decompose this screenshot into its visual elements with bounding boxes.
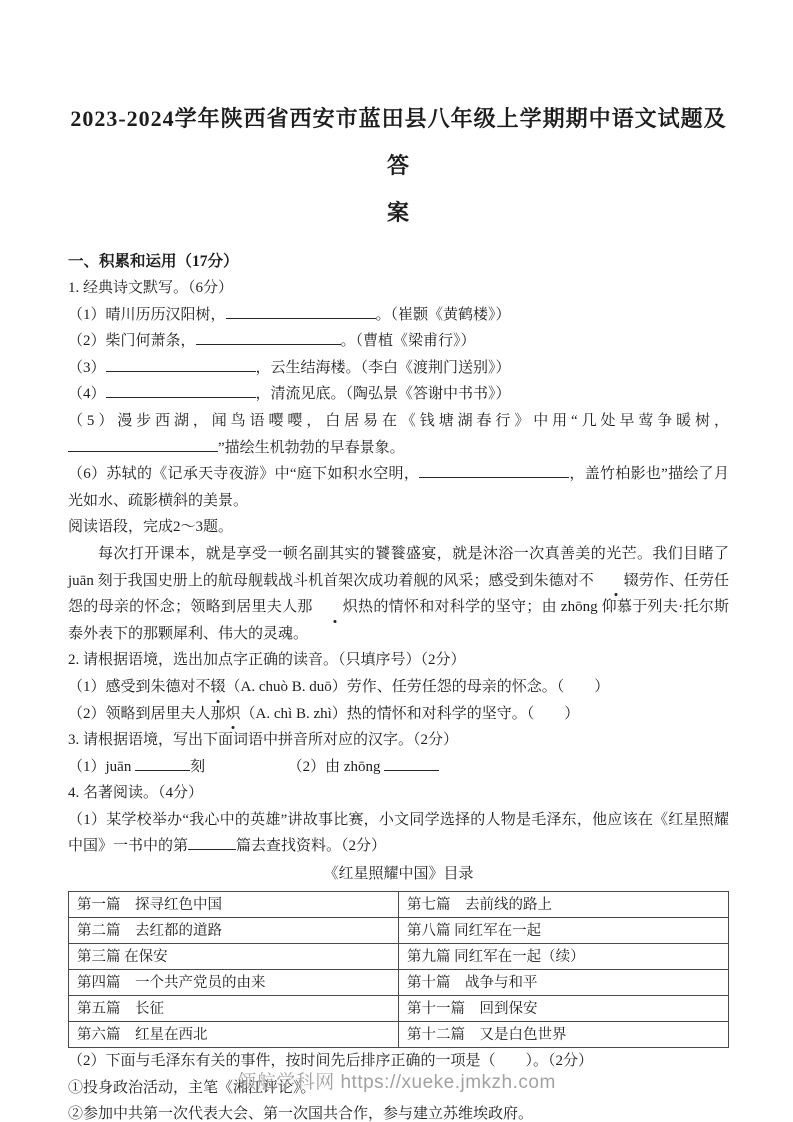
q4-item-1: （1）某学校举办“我心中的英雄”讲故事比赛，小文同学选择的人物是毛泽东，他应该在…: [68, 807, 729, 860]
footer: 领航学科网 https://xueke.jmkzh.com: [0, 1067, 793, 1094]
q1-item-1: （1）晴川历历汉阳树，。（崔颢《黄鹤楼》）: [68, 302, 729, 329]
q3-blanks: （1）juān 刻 （2）由 zhōng: [68, 754, 729, 781]
text-segment: 2. 请根据语境，选出加点字正确的读音。（只填序号）（2分）: [68, 652, 466, 668]
answer-blank: [68, 437, 218, 452]
emphasis-dotted-char: 辍: [594, 568, 639, 595]
toc-cell: 第九篇 同红军在一起（续）: [399, 944, 729, 970]
toc-cell: 第二篇 去红都的道路: [69, 918, 399, 944]
toc-cell: 第一篇 探寻红色中国: [69, 892, 399, 918]
emphasis-dotted-char: 辍: [211, 674, 226, 701]
text-segment: 4. 名著阅读。（4分）: [68, 785, 203, 801]
toc-cell: 第十一篇 回到保安: [399, 996, 729, 1022]
toc-table: 第一篇 探寻红色中国第七篇 去前线的路上第二篇 去红都的道路第八篇 同红军在一起…: [68, 891, 729, 1048]
answer-blank: [135, 756, 190, 771]
text-segment: 篇去查找资料。（2分）: [236, 838, 386, 854]
answer-blank: [106, 357, 256, 372]
toc-row: 第六篇 红星在西北第十二篇 又是白色世界: [69, 1022, 729, 1048]
answer-blank: [106, 383, 256, 398]
q1-item-5: （5）漫步西湖，闻鸟语嘤嘤，白居易在《钱塘湖春行》中用“几处早莺争暖树，”描绘生…: [68, 408, 729, 461]
emphasis-dotted-char: 炽: [226, 701, 241, 728]
text-segment: 1. 经典诗文默写。（6分）: [68, 280, 233, 296]
page-inner: 2023-2024学年陕西省西安市蓝田县八年级上学期期中语文试题及答 案 一、积…: [0, 0, 793, 1122]
text-segment: （2）柴门何萧条，: [68, 333, 196, 349]
toc-row: 第三篇 在保安第九篇 同红军在一起（续）: [69, 944, 729, 970]
q1-stem: 1. 经典诗文默写。（6分）: [68, 275, 729, 302]
page-title: 2023-2024学年陕西省西安市蓝田县八年级上学期期中语文试题及答 案: [68, 95, 729, 236]
text-segment: （1）晴川历历汉阳树，: [68, 307, 226, 323]
q3-stem: 3. 请根据语境，写出下面词语中拼音所对应的汉字。（2分）: [68, 727, 729, 754]
answer-blank: [226, 304, 376, 319]
text-segment: （6）苏轼的《记承天寺夜游》中“庭下如积水空明，: [68, 466, 419, 482]
document-content: 一、积累和运用（17分）1. 经典诗文默写。（6分）（1）晴川历历汉阳树，。（崔…: [68, 248, 729, 1122]
answer-blank: [419, 463, 569, 478]
q1-item-2: （2）柴门何萧条，。（曹植《梁甫行》）: [68, 328, 729, 355]
text-segment: 。（崔颢《黄鹤楼》）: [376, 307, 511, 323]
text-segment: 阅读语段，完成2～3题。: [68, 519, 233, 535]
text-segment: 。（曹植《梁甫行》）: [341, 333, 476, 349]
toc-cell: 第十二篇 又是白色世界: [399, 1022, 729, 1048]
text-segment: ②参加中共第一次代表大会、第一次国共合作，参与建立苏维埃政府。: [68, 1106, 533, 1122]
toc-cell: 第四篇 一个共产党员的由来: [69, 970, 399, 996]
text-segment: （5）漫步西湖，闻鸟语嘤嘤，白居易在《钱塘湖春行》中用“几处早莺争暖树，: [68, 413, 729, 429]
answer-blank: [188, 835, 236, 850]
toc-row: 第一篇 探寻红色中国第七篇 去前线的路上: [69, 892, 729, 918]
footer-watermark-text: 领航学科网 https://xueke.jmkzh.com: [237, 1072, 556, 1093]
exam-page: 2023-2024学年陕西省西安市蓝田县八年级上学期期中语文试题及答 案 一、积…: [0, 0, 793, 1122]
q1-item-4: （4），清流见底。（陶弘景《答谢中书书》）: [68, 381, 729, 408]
text-segment: （1）感受到朱德对不: [68, 679, 211, 695]
q1-item-6: （6）苏轼的《记承天寺夜游》中“庭下如积水空明，，盖竹柏影也”描绘了月光如水、疏…: [68, 461, 729, 514]
toc-row: 第五篇 长征第十一篇 回到保安: [69, 996, 729, 1022]
toc-cell: 第八篇 同红军在一起: [399, 918, 729, 944]
text-segment: （A. chuò B. duō）劳作、任劳任怨的母亲的怀念。（ ）: [226, 679, 610, 695]
q2-item-1: （1）感受到朱德对不辍（A. chuò B. duō）劳作、任劳任怨的母亲的怀念…: [68, 674, 729, 701]
text-segment: （4）: [68, 386, 106, 402]
text-segment: （1）juān: [68, 759, 135, 775]
toc-cell: 第七篇 去前线的路上: [399, 892, 729, 918]
text-segment: （A. chì B. zhì）热的情怀和对科学的坚守。（ ）: [241, 706, 580, 722]
toc-row: 第四篇 一个共产党员的由来第十篇 战争与和平: [69, 970, 729, 996]
text-segment: ，云生结海楼。（李白《渡荆门送别》）: [256, 360, 511, 376]
q2-stem: 2. 请根据语境，选出加点字正确的读音。（只填序号）（2分）: [68, 647, 729, 674]
reading-passage: 每次打开课本，就是享受一顿名副其实的饕餮盛宴，就是沐浴一次真善美的光芒。我们目睹…: [68, 541, 729, 647]
text-segment: （1）某学校举办“我心中的英雄”讲故事比赛，小文同学选择的人物是毛泽东，他应该在…: [68, 812, 729, 855]
q4-stem: 4. 名著阅读。（4分）: [68, 780, 729, 807]
text-segment: （2）领略到居里夫人那: [68, 706, 226, 722]
text-segment: （3）: [68, 360, 106, 376]
toc-cell: 第三篇 在保安: [69, 944, 399, 970]
text-segment: 3. 请根据语境，写出下面词语中拼音所对应的汉字。（2分）: [68, 732, 458, 748]
text-segment: [205, 759, 295, 775]
emphasis-dotted-char: 炽: [313, 594, 358, 621]
toc-cell: 第五篇 长征: [69, 996, 399, 1022]
toc-cell: 第六篇 红星在西北: [69, 1022, 399, 1048]
toc-row: 第二篇 去红都的道路第八篇 同红军在一起: [69, 918, 729, 944]
reading-prompt: 阅读语段，完成2～3题。: [68, 514, 729, 541]
page-title-line1: 2023-2024学年陕西省西安市蓝田县八年级上学期期中语文试题及答: [68, 95, 729, 189]
toc-caption: 《红星照耀中国》目录: [68, 860, 729, 888]
answer-blank: [384, 756, 439, 771]
text-segment: （2）由 zhōng: [295, 759, 384, 775]
section-heading: 一、积累和运用（17分）: [68, 248, 729, 275]
q1-item-3: （3），云生结海楼。（李白《渡荆门送别》）: [68, 355, 729, 382]
text-segment: ，清流见底。（陶弘景《答谢中书书》）: [256, 386, 511, 402]
q4-event-2: ②参加中共第一次代表大会、第一次国共合作，参与建立苏维埃政府。: [68, 1101, 729, 1122]
answer-blank: [196, 330, 341, 345]
q2-item-2: （2）领略到居里夫人那炽（A. chì B. zhì）热的情怀和对科学的坚守。（…: [68, 701, 729, 728]
text-segment: ”描绘生机勃勃的早春景象。: [218, 440, 405, 456]
page-title-line2: 案: [68, 189, 729, 236]
toc-cell: 第十篇 战争与和平: [399, 970, 729, 996]
text-segment: 刻: [190, 759, 205, 775]
